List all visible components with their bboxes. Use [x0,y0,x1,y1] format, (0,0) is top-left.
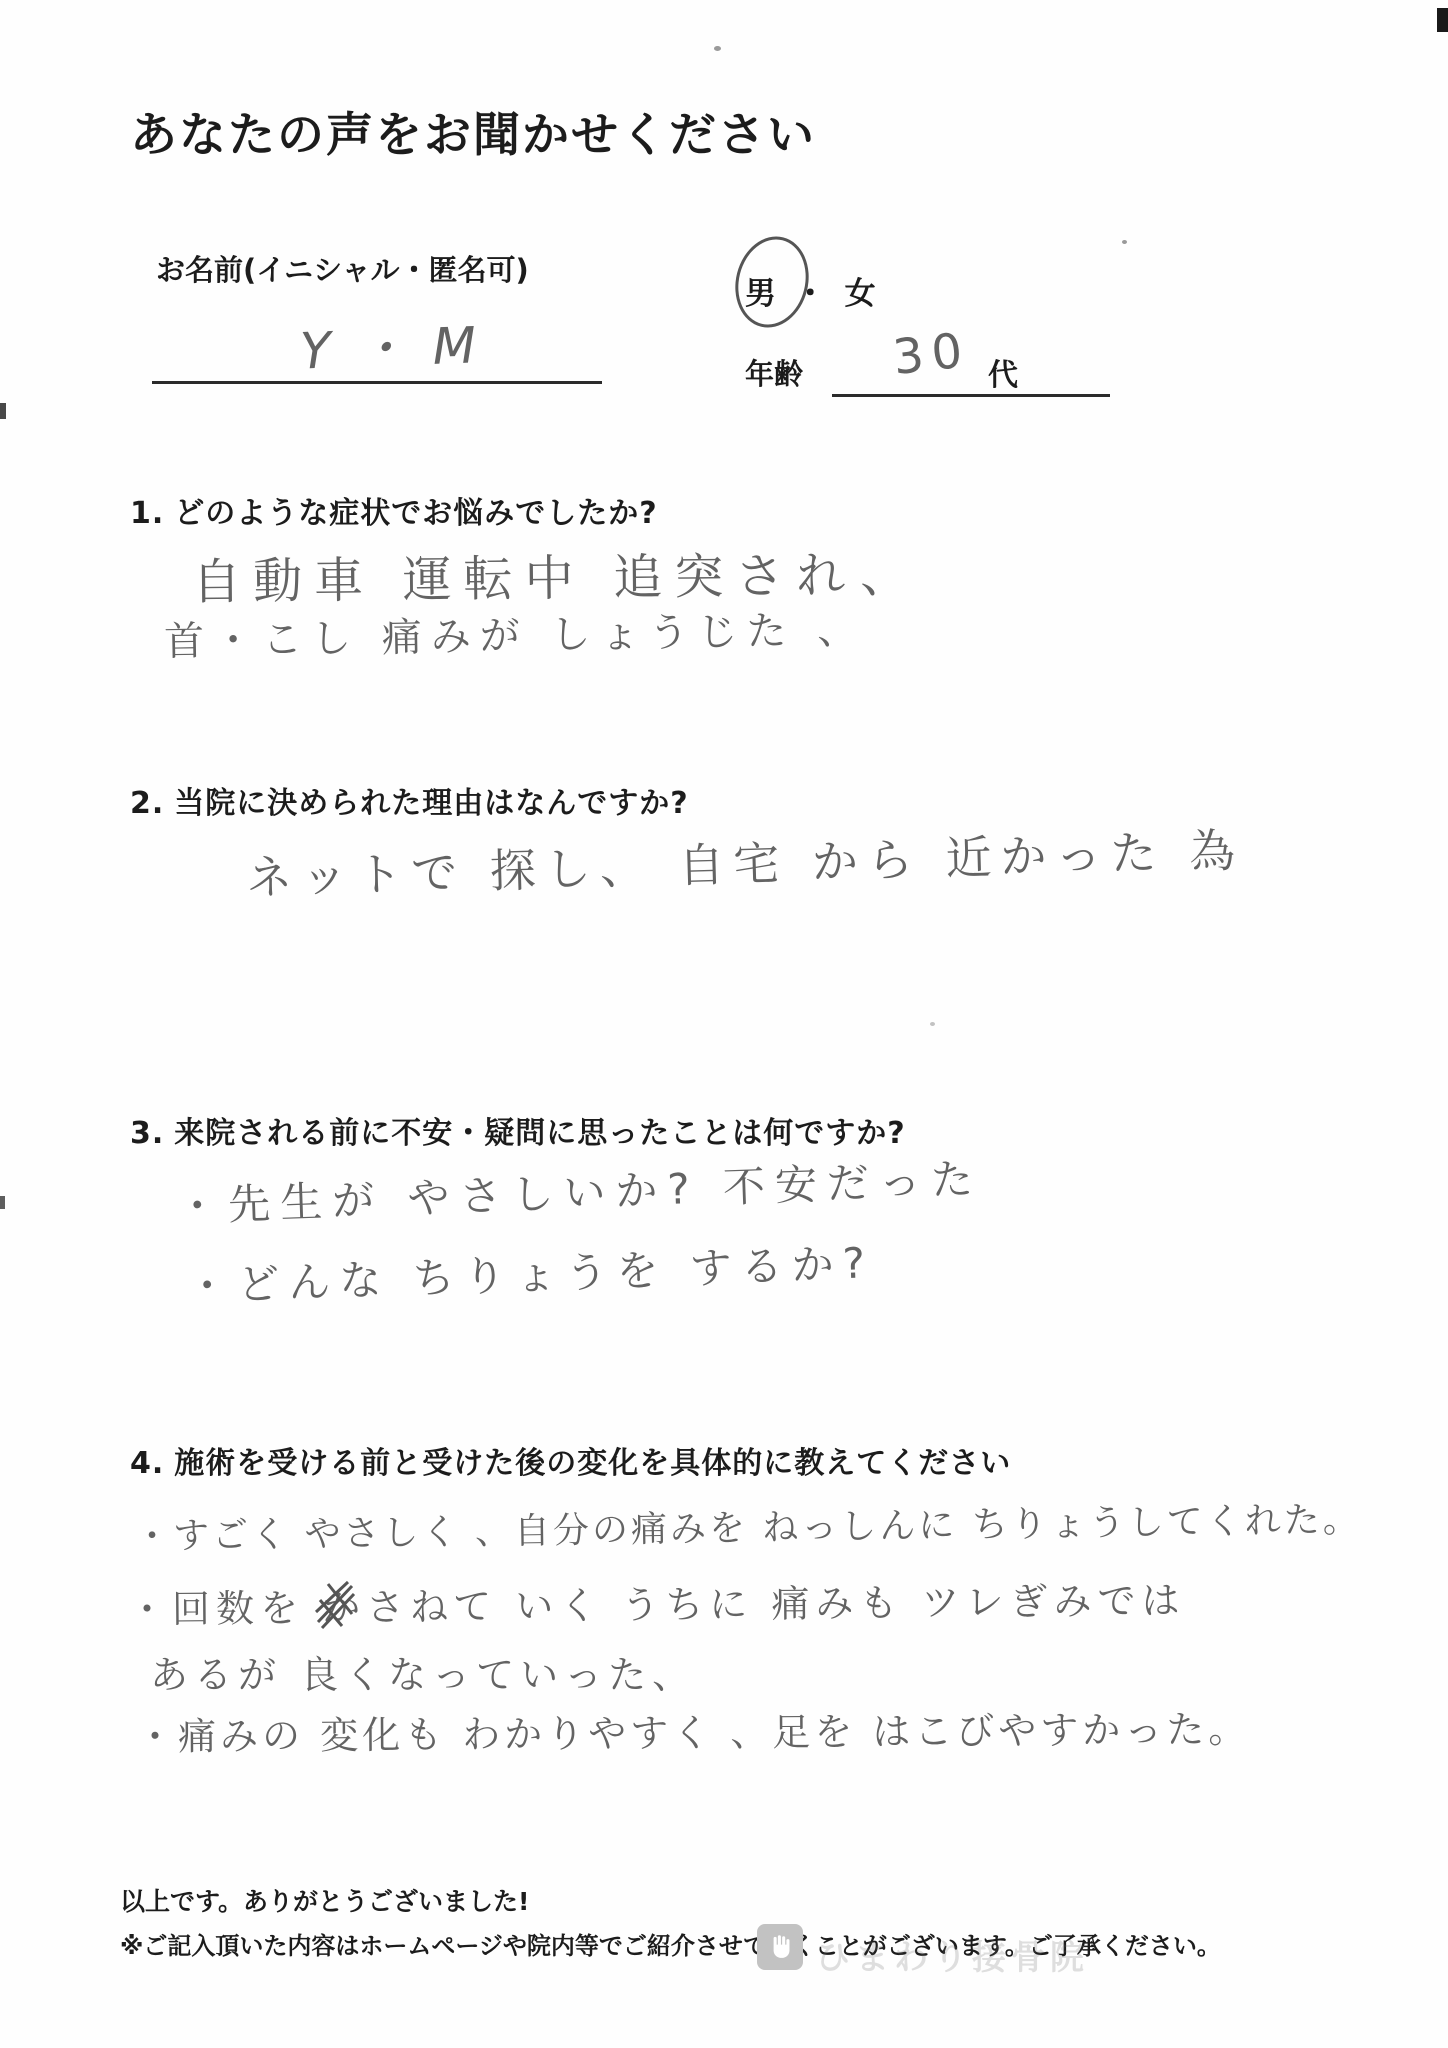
question-3-text: 来院される前に不安・疑問に思ったことは何ですか? [174,1116,905,1151]
question-1-text: どのような症状でお悩みでしたか? [174,496,657,531]
question-3-label: 3.来院される前に不安・疑問に思ったことは何ですか? [130,1108,906,1152]
question-4-answer-line-2: ・回数を かさねて いく うちに 痛みも ツレぎみでは [128,1569,1186,1633]
question-4-answer-line-4: ・痛みの 変化も わかりやすく 、足を はこびやすかった。 [136,1698,1251,1761]
questionnaire-scan-page: あなたの声をお聞かせください お名前(イニシャル・匿名可) Y・M 男 ・ 女 … [0,0,1448,2048]
male-selected-circle-annotation [726,229,818,336]
scan-artifact [0,1196,5,1209]
scan-speck [714,46,721,51]
name-value-handwriting: Y・M [299,305,503,384]
question-1-answer-line-2: 首・こし 痛みが しょうじた 、 [164,598,867,667]
clinic-watermark-text: ひまわり接骨院 [816,1930,1089,1979]
question-1-label: 1.どのような症状でお悩みでしたか? [130,488,658,532]
question-4-label: 4.施術を受ける前と受けた後の変化を具体的に教えてください [130,1438,1011,1482]
question-3-answer-line-1: ・先生が やさしいか? 不安だった [175,1146,984,1234]
question-3-answer-line-2: ・どんな ちりょうを するか? [185,1230,875,1314]
question-3-number: 3. [130,1116,164,1151]
scan-speck [930,1022,935,1026]
closing-text: 以上です。ありがとうございました! [120,1882,529,1918]
hand-icon [764,1931,796,1963]
name-label: お名前(イニシャル・匿名可) [156,248,529,289]
name-underline [152,381,602,384]
scan-artifact [0,403,6,419]
question-2-label: 2.当院に決められた理由はなんですか? [130,778,689,822]
age-suffix-label: 代 [988,350,1018,394]
question-4-answer-line-1: ・すごく やさしく 、自分の痛みを ねっしんに ちりょうしてくれた。 [134,1491,1362,1559]
question-2-number: 2. [130,786,164,821]
question-4-number: 4. [130,1446,164,1481]
question-4-answer-line-3: あるが 良くなっていった、 [150,1644,696,1699]
question-2-text: 当院に決められた理由はなんですか? [174,786,688,821]
scribble-mark [312,1578,358,1632]
question-2-answer-line-1: ネットで 探し、 自宅 から 近かった 為 [245,814,1245,908]
clinic-logo [757,1924,803,1970]
page-title: あなたの声をお聞かせください [130,98,816,165]
question-1-number: 1. [130,496,164,531]
scan-speck [1122,240,1127,244]
age-underline [832,394,1110,397]
question-4-text: 施術を受ける前と受けた後の変化を具体的に教えてください [174,1446,1011,1481]
age-value-handwriting: 30 [890,322,973,386]
gender-female-label: 女 [845,276,876,312]
scan-artifact [1437,8,1448,32]
age-label: 年齢 [745,352,803,393]
